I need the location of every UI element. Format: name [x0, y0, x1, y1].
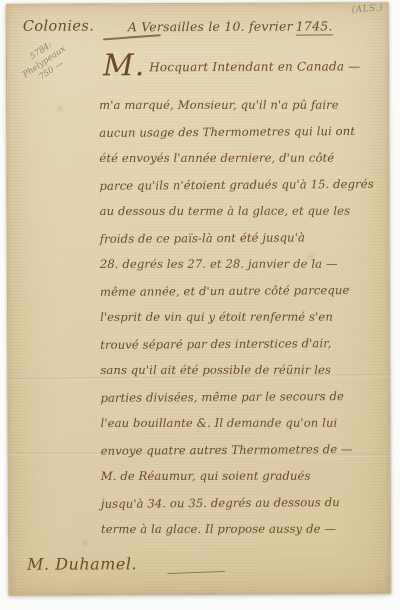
heading-colonies: Colonies.	[23, 18, 94, 34]
dateline-year: 1745.	[296, 18, 333, 35]
manuscript-line: terme à la glace. Il propose aussy de —	[101, 516, 389, 543]
manuscript-line: jusqu'à 34. ou 35. degrés au dessous du	[101, 488, 389, 517]
paper-stain	[79, 538, 91, 547]
manuscript-line: m'a marqué, Monsieur, qu'il n'a pû faire	[99, 92, 387, 119]
manuscript-line: 28. degrés les 27. et 28. janvier de la …	[100, 251, 388, 278]
manuscript-scan: Colonies. A Versailles le 10. fevrier174…	[0, 0, 400, 610]
pencil-annotation-als: (ALS.)	[351, 3, 383, 15]
manuscript-line: été envoyés l'année derniere, d'un côté	[99, 145, 387, 172]
letter-sheet: Colonies. A Versailles le 10. fevrier174…	[6, 2, 392, 596]
manuscript-line: envoye quatre autres Thermometres de —	[101, 435, 389, 464]
opening-rest: Hocquart Intendant en Canada —	[149, 59, 360, 74]
manuscript-line: parce qu'ils n'étoient gradués qu'à 15. …	[99, 170, 387, 199]
manuscript-line: sans qu'il ait été possible de réünir le…	[100, 357, 388, 384]
docket-flourish	[167, 571, 225, 575]
opening-initial: M.	[103, 48, 145, 83]
dateline: A Versailles le 10. fevrier1745.	[128, 18, 333, 34]
docket-duhamel: M. Duhamel.	[27, 554, 137, 573]
paper-stain	[55, 105, 65, 113]
manuscript-line: parties divisées, même par le secours de	[100, 382, 388, 411]
manuscript-line: même année, et d'un autre côté parceque	[100, 276, 388, 305]
heading-flourish	[103, 34, 161, 40]
manuscript-line: trouvé séparé par des interstices d'air,	[100, 329, 388, 358]
pencil-annotation-margin: 5784: Phelypeaux 750 —	[15, 35, 75, 90]
opening-line: M.Hocquart Intendant en Canada —	[103, 49, 361, 82]
dateline-place: A Versailles le 10. fevrier	[128, 19, 293, 35]
manuscript-line: l'eau bouillante &. Il demande qu'on lui	[101, 410, 389, 437]
manuscript-line: au dessous du terme à la glace, et que l…	[100, 198, 388, 225]
manuscript-line: aucun usage des Thermometres qui lui ont	[99, 117, 387, 146]
manuscript-line: l'esprit de vin qui y étoit renfermé s'e…	[100, 304, 388, 331]
manuscript-line: M. de Réaumur, qui soient gradués	[101, 463, 389, 490]
manuscript-line: froids de ce païs-là ont été jusqu'à	[100, 223, 388, 252]
letter-body: m'a marqué, Monsieur, qu'il n'a pû faire…	[99, 91, 389, 543]
